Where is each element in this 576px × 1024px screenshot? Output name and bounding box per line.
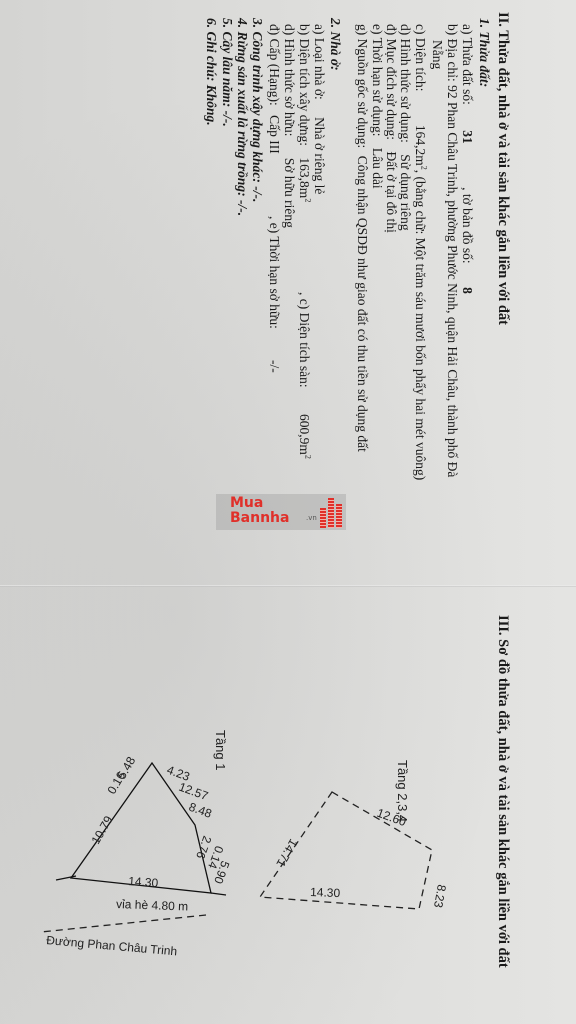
street-name: Đường Phan Châu Trinh: [46, 933, 178, 958]
street-frontage-line-2: [211, 893, 226, 895]
floor234-edge-left: 14.71: [273, 837, 300, 870]
floor1-edge-5-48: 5.48: [114, 754, 138, 782]
floor1-edge-14-30: 14.30: [128, 874, 159, 890]
building-icon: [320, 496, 344, 528]
street-boundary-line: [41, 915, 206, 932]
floor1-title: Tầng 1: [213, 730, 228, 770]
watermark-suffix: .vn: [306, 514, 317, 522]
watermark-text: MuaBannha: [230, 496, 289, 526]
floor234-edge-right: 8.23: [431, 883, 449, 909]
floor234-edge-bottom: 14.30: [310, 885, 341, 900]
watermark-logo: MuaBannha .vn: [216, 494, 346, 530]
sidewalk-label: vỉa hè 4.80 m: [116, 897, 188, 914]
floor1-edge-4-23: 4.23: [165, 763, 192, 784]
floor1-edge-10-79: 10.79: [88, 813, 115, 846]
floor1-edge-8-48: 8.48: [187, 800, 214, 821]
